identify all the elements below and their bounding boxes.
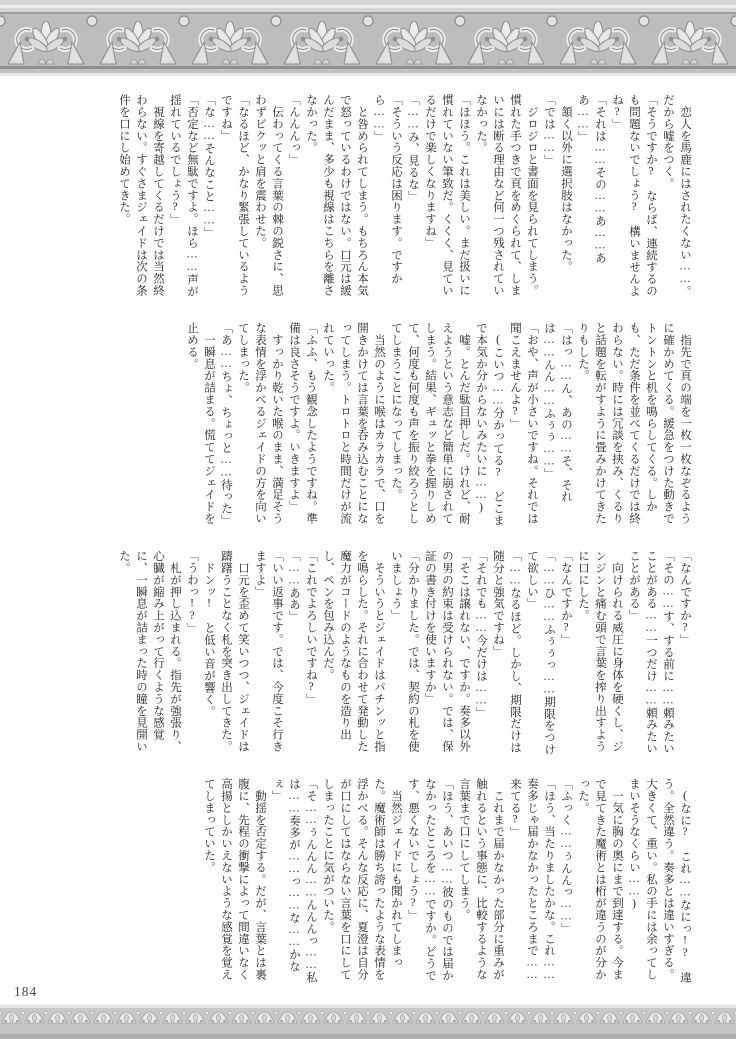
ornament-border-top — [0, 0, 736, 76]
text-band-4: (なに? これ……なにっ!? 違う。全然違う。奏多とは違いすぎる。大きくて、重い… — [85, 778, 693, 984]
page-number: 184 — [14, 984, 37, 1000]
text-band-1: 恋人を馬鹿にはされたくない……。だから嘘をつく。 「そうですか? ならば、連続す… — [85, 94, 693, 300]
text-band-3: 「なんですか?」 「その……す、する前に……頼みたいことがある……一つだけ……頼… — [85, 550, 693, 756]
ornament-border-bottom — [0, 1005, 736, 1039]
text-band-2: 指先で頁の端を一枚一枚なぞるように確かめてくる。緩急をつけた動きでトントンと机を… — [85, 322, 693, 528]
